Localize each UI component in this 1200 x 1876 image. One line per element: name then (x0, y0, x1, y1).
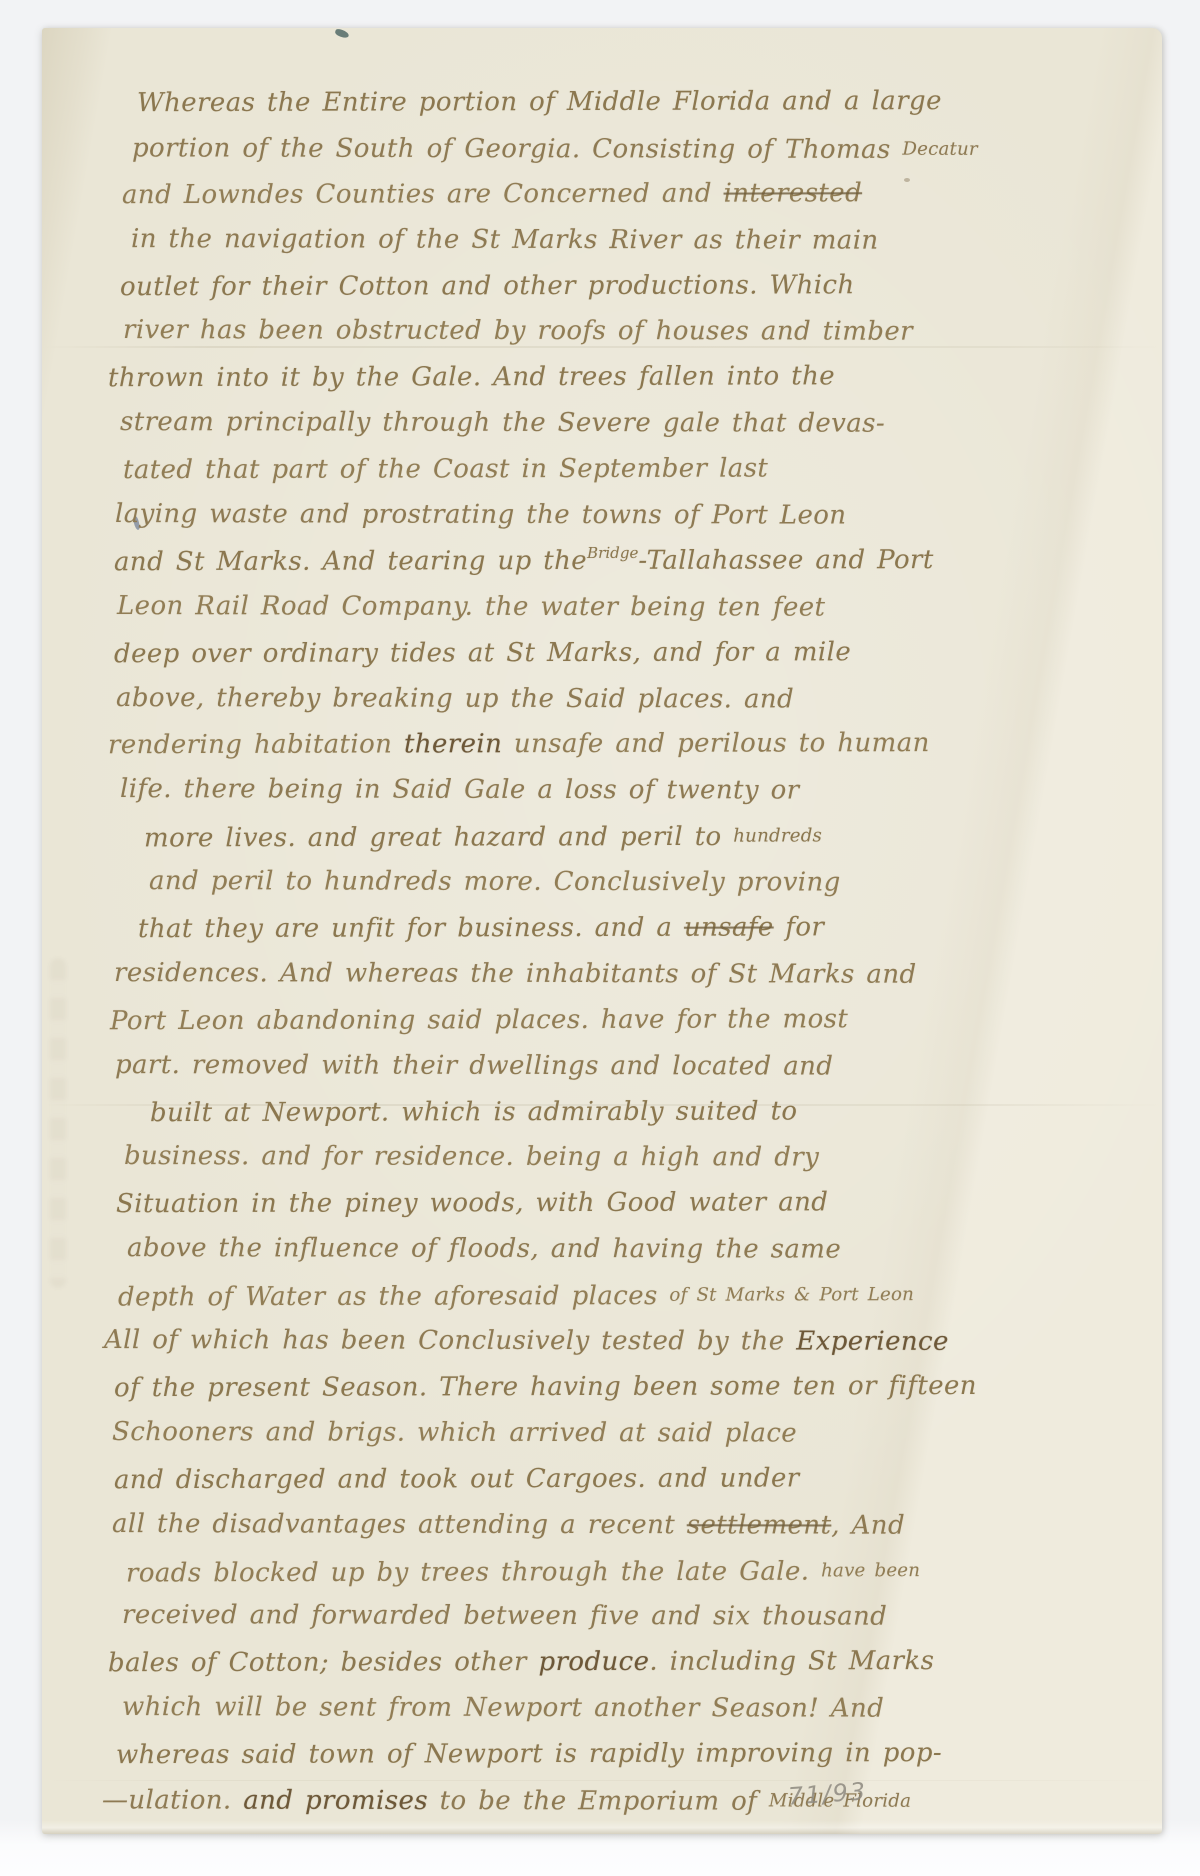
handwritten-text: and St Marks. And tearing up the (114, 546, 587, 577)
handwritten-text: above the influence of floods, and havin… (127, 1233, 841, 1264)
manuscript-line: Leon Rail Road Company. the water being … (117, 584, 1022, 632)
manuscript-line: and Lowndes Counties are Concerned and i… (122, 171, 1022, 219)
handwritten-text: depth of Water as the aforesaid places (118, 1281, 669, 1312)
manuscript-line: thrown into it by the Gale. And trees fa… (108, 354, 1022, 402)
handwritten-text: All of which has been Conclusively teste… (104, 1325, 796, 1356)
handwritten-text: that they are unfit for business. and a (138, 913, 684, 944)
handwritten-text: bales of Cotton; besides other (108, 1647, 539, 1678)
handwritten-text: and Lowndes Counties are Concerned and (122, 178, 724, 210)
handwritten-text: business. and for residence. being a hig… (124, 1142, 819, 1173)
handwritten-text: interested (724, 178, 863, 208)
handwritten-text: Schooners and brigs. which arrived at sa… (112, 1417, 797, 1448)
scanned-document: Whereas the Entire portion of Middle Flo… (0, 0, 1200, 1876)
handwritten-text: unsafe (684, 913, 774, 943)
page-number: 71/93 (787, 1777, 868, 1810)
handwritten-text: -Tallahassee and Port (638, 545, 933, 576)
handwritten-text: have been (821, 1560, 920, 1581)
handwritten-text: river has been obstructed by roofs of ho… (123, 316, 913, 348)
handwritten-text: life. there being in Said Gale a loss of… (120, 774, 800, 805)
manuscript-line: more lives. and great hazard and peril t… (144, 813, 1022, 861)
handwritten-text: roads blocked up by trees through the la… (126, 1556, 821, 1588)
handwritten-text: —ulation. (102, 1785, 243, 1815)
handwritten-text: which will be sent from Newport another … (122, 1692, 884, 1724)
ink-speck (334, 28, 349, 39)
paper-bottom-edge (42, 1820, 1162, 1834)
manuscript-line: life. there being in Said Gale a loss of… (120, 767, 1022, 815)
handwritten-text: for (774, 912, 825, 942)
manuscript-line: Situation in the piney woods, with Good … (116, 1180, 1022, 1228)
manuscript-lines: Whereas the Entire portion of Middle Flo… (102, 80, 1022, 1824)
handwritten-text: above, thereby breaking up the Said plac… (116, 683, 794, 714)
manuscript-line: built at Newport. which is admirably sui… (150, 1088, 1022, 1136)
handwritten-text: and promises (243, 1786, 428, 1816)
manuscript-line: of the present Season. There having been… (114, 1364, 1022, 1412)
manuscript-line: whereas said town of Newport is rapidly … (116, 1731, 1022, 1779)
handwritten-text: rendering habitation (108, 730, 404, 761)
manuscript-line: part. removed with their dwellings and l… (115, 1043, 1022, 1091)
handwritten-text: laying waste and prostrating the towns o… (115, 499, 847, 531)
manuscript-line: stream principally through the Severe ga… (120, 400, 1022, 448)
manuscript-line: —ulation. and promises to be the Emporiu… (102, 1777, 1022, 1825)
manuscript-line: roads blocked up by trees through the la… (126, 1547, 1022, 1595)
manuscript-line: Port Leon abandoning said places. have f… (110, 997, 1022, 1045)
handwritten-text: and discharged and took out Cargoes. and… (114, 1463, 800, 1495)
handwritten-text: unsafe and perilous to human (502, 729, 930, 760)
manuscript-line: All of which has been Conclusively teste… (104, 1318, 1022, 1366)
handwritten-text: Situation in the piney woods, with Good … (116, 1188, 828, 1220)
manuscript-line: above the influence of floods, and havin… (127, 1226, 1022, 1274)
manuscript-line: Whereas the Entire portion of Middle Flo… (137, 79, 1022, 127)
handwritten-text: Whereas the Entire portion of Middle Flo… (137, 86, 942, 118)
handwritten-text: of the present Season. There having been… (114, 1371, 977, 1403)
handwritten-text: more lives. and great hazard and peril t… (144, 822, 733, 854)
handwritten-text: . including St Marks (649, 1646, 934, 1677)
manuscript-line: depth of Water as the aforesaid places o… (118, 1272, 1022, 1320)
manuscript-line: river has been obstructed by roofs of ho… (123, 309, 1022, 357)
handwritten-text: Decatur (902, 139, 978, 160)
handwritten-text: hundreds (733, 826, 822, 847)
manuscript-line: and St Marks. And tearing up theBridge-T… (114, 538, 1022, 586)
manuscript-line: which will be sent from Newport another … (122, 1685, 1022, 1733)
manuscript-line: tated that part of the Coast in Septembe… (123, 446, 1022, 494)
handwritten-text: to be the Emporium of (428, 1786, 769, 1817)
handwritten-text: , And (831, 1510, 905, 1540)
handwritten-text: deep over ordinary tides at St Marks, an… (114, 637, 851, 669)
manuscript-line: all the disadvantages attending a recent… (112, 1502, 1022, 1550)
handwritten-text: of St Marks & Port Leon (669, 1284, 914, 1306)
handwritten-text: in the navigation of the St Marks River … (131, 224, 879, 256)
handwritten-text: Port Leon abandoning said places. have f… (110, 1004, 848, 1036)
handwritten-text: outlet for their Cotton and other produc… (120, 270, 855, 302)
handwritten-text: tated that part of the Coast in Septembe… (123, 454, 768, 486)
handwritten-text: whereas said town of Newport is rapidly … (116, 1738, 942, 1770)
manuscript-line: and peril to hundreds more. Conclusively… (149, 859, 1022, 907)
handwritten-text: thrown into it by the Gale. And trees fa… (108, 362, 835, 394)
manuscript-line: above, thereby breaking up the Said plac… (116, 676, 1022, 724)
handwritten-text: built at Newport. which is admirably sui… (150, 1096, 798, 1128)
handwritten-text: therein (404, 730, 502, 760)
handwritten-text: portion of the South of Georgia. Consist… (132, 133, 902, 165)
manuscript-line: and discharged and took out Cargoes. and… (114, 1456, 1022, 1504)
handwritten-text: Experience (796, 1327, 949, 1357)
manuscript-page: Whereas the Entire portion of Middle Flo… (42, 28, 1162, 1834)
manuscript-line: that they are unfit for business. and a … (138, 905, 1022, 953)
manuscript-line: laying waste and prostrating the towns o… (115, 492, 1022, 540)
handwritten-text: Leon Rail Road Company. the water being … (117, 591, 825, 622)
margin-smudge (50, 958, 66, 1288)
manuscript-line: Schooners and brigs. which arrived at sa… (112, 1410, 1022, 1458)
handwritten-text: all the disadvantages attending a recent (112, 1509, 687, 1540)
manuscript-line: deep over ordinary tides at St Marks, an… (114, 629, 1022, 677)
manuscript-line: in the navigation of the St Marks River … (131, 217, 1022, 265)
handwritten-text: stream principally through the Severe ga… (120, 407, 885, 439)
manuscript-line: received and forwarded between five and … (122, 1593, 1022, 1641)
handwritten-text: part. removed with their dwellings and l… (115, 1050, 833, 1082)
handwritten-text: settlement (687, 1510, 832, 1540)
manuscript-line: residences. And whereas the inhabitants … (114, 951, 1022, 999)
manuscript-line: business. and for residence. being a hig… (124, 1135, 1022, 1183)
manuscript-line: rendering habitation therein unsafe and … (108, 721, 1022, 769)
handwritten-text: received and forwarded between five and … (122, 1600, 887, 1632)
handwritten-text: produce (538, 1647, 649, 1677)
manuscript-line: outlet for their Cotton and other produc… (120, 262, 1022, 310)
manuscript-line: portion of the South of Georgia. Consist… (132, 125, 1022, 173)
manuscript-line: bales of Cotton; besides other produce. … (108, 1639, 1022, 1687)
handwritten-text: Bridge (587, 544, 638, 562)
handwritten-text: and peril to hundreds more. Conclusively… (149, 866, 841, 897)
handwritten-text: residences. And whereas the inhabitants … (114, 958, 917, 990)
